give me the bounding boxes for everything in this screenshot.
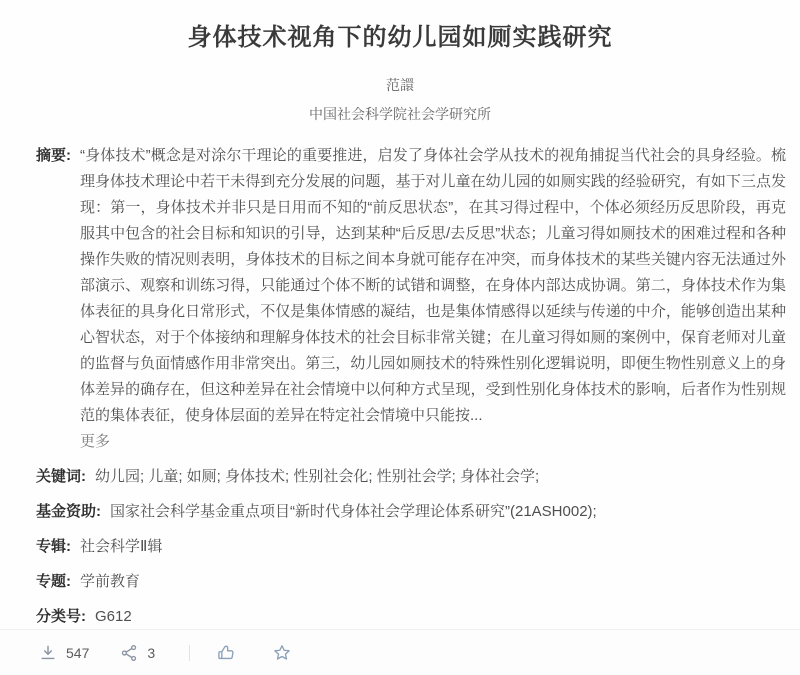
keywords-value: 幼儿园; 儿童; 如厕; 身体技术; 性别社会化; 性别社会学; 身体社会学;: [95, 464, 786, 490]
toolbar-divider: [189, 645, 190, 661]
classification-row: 分类号: G612: [36, 604, 786, 630]
article-abstract-page: 身体技术视角下的幼儿园如厕实践研究 范譞 中国社会科学院社会学研究所 摘要: “…: [0, 0, 800, 675]
topic-row: 专题: 学前教育: [36, 569, 786, 595]
share-count: 3: [147, 645, 155, 661]
download-button[interactable]: 547: [38, 643, 89, 663]
download-count: 547: [66, 645, 89, 661]
abstract-label: 摘要:: [36, 143, 71, 169]
download-icon: [38, 643, 58, 663]
star-icon: [272, 642, 292, 662]
topic-label: 专题:: [36, 569, 71, 595]
abstract-section: 摘要: “身体技术”概念是对涂尔干理论的重要推进，启发了身体社会学从技术的视角捕…: [36, 143, 786, 455]
favorite-button[interactable]: [272, 642, 294, 664]
thumbs-up-icon: [216, 642, 236, 662]
funding-label: 基金资助:: [36, 499, 101, 525]
album-value: 社会科学Ⅱ辑: [80, 534, 786, 560]
share-icon: [119, 643, 139, 663]
keywords-row: 关键词: 幼儿园; 儿童; 如厕; 身体技术; 性别社会化; 性别社会学; 身体…: [36, 464, 786, 490]
classification-label: 分类号:: [36, 604, 86, 630]
author-name: 范譞: [36, 75, 786, 95]
abstract-more-link[interactable]: 更多: [80, 429, 786, 455]
classification-value: G612: [95, 604, 786, 630]
album-label: 专辑:: [36, 534, 71, 560]
page-title: 身体技术视角下的幼儿园如厕实践研究: [36, 22, 786, 54]
action-toolbar: 547 3: [0, 629, 800, 675]
funding-value: 国家社会科学基金重点项目“新时代身体社会学理论体系研究”(21ASH002);: [110, 499, 786, 525]
like-button[interactable]: [216, 642, 238, 664]
album-row: 专辑: 社会科学Ⅱ辑: [36, 534, 786, 560]
topic-value: 学前教育: [80, 569, 786, 595]
funding-row: 基金资助: 国家社会科学基金重点项目“新时代身体社会学理论体系研究”(21ASH…: [36, 499, 786, 525]
share-button[interactable]: 3: [119, 643, 155, 663]
abstract-body: “身体技术”概念是对涂尔干理论的重要推进，启发了身体社会学从技术的视角捕捉当代社…: [80, 147, 786, 424]
author-affiliation: 中国社会科学院社会学研究所: [36, 104, 786, 124]
abstract-text: “身体技术”概念是对涂尔干理论的重要推进，启发了身体社会学从技术的视角捕捉当代社…: [80, 143, 786, 455]
keywords-label: 关键词:: [36, 464, 86, 490]
